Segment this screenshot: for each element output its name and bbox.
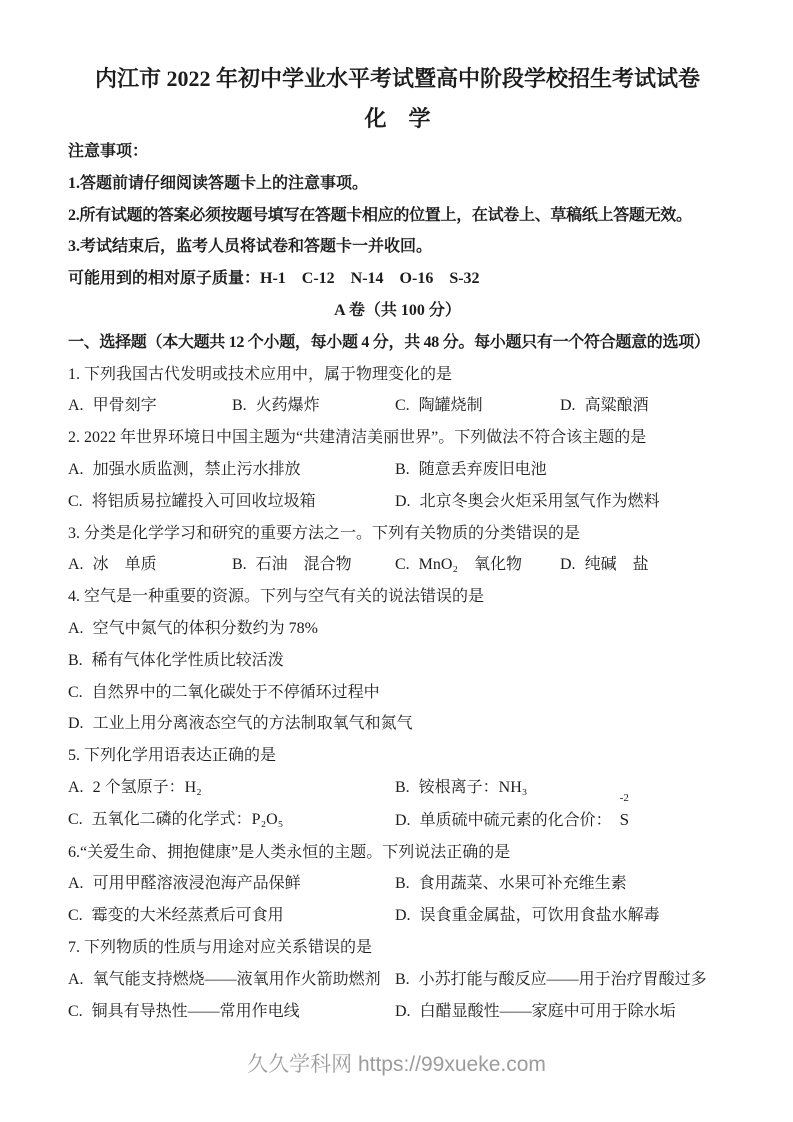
option-7-b: B.小苏打能与酸反应——用于治疗胃酸过多 [395, 964, 727, 996]
question-6-options: A.可用甲醛溶液浸泡海产品保鲜 B.食用蔬菜、水果可补充维生素 C.霉变的大米经… [68, 868, 727, 932]
question-1-stem: 1. 下列我国古代发明或技术应用中，属于物理变化的是 [68, 359, 727, 391]
option-6-a: A.可用甲醛溶液浸泡海产品保鲜 [68, 868, 395, 900]
option-1-c: C.陶罐烧制 [395, 390, 560, 422]
option-6-d: D.误食重金属盐，可饮用食盐水解毒 [395, 900, 727, 932]
question-7-options: A.氧气能支持燃烧——液氧用作火箭助燃剂 B.小苏打能与酸反应——用于治疗胃酸过… [68, 964, 727, 1028]
option-5-a: A.2 个氢原子：H₂ [68, 772, 395, 804]
question-6-stem: 6.“关爱生命、拥抱健康”是人类永恒的主题。下列说法正确的是 [68, 837, 727, 869]
question-2-stem: 2. 2022 年世界环境日中国主题为“共建清洁美丽世界”。下列做法不符合该主题… [68, 422, 727, 454]
option-4-d: D.工业上用分离液态空气的方法制取氧气和氮气 [68, 708, 727, 740]
question-3-stem: 3. 分类是化学学习和研究的重要方法之一。下列有关物质的分类错误的是 [68, 518, 727, 550]
notice-item-1: 1.答题前请仔细阅读答题卡上的注意事项。 [68, 168, 727, 200]
option-5-c: C.五氧化二磷的化学式：P₂O₅ [68, 804, 395, 837]
part1-heading: 一、选择题（本大题共 12 个小题，每小题 4 分，共 48 分。每小题只有一个… [68, 327, 727, 359]
option-6-c: C.霉变的大米经蒸煮后可食用 [68, 900, 395, 932]
option-7-c: C.铜具有导热性——常用作电线 [68, 996, 395, 1028]
option-4-c: C.自然界中的二氧化碳处于不停循环过程中 [68, 677, 727, 709]
option-1-a: A.甲骨刻字 [68, 390, 232, 422]
question-2-options: A.加强水质监测，禁止污水排放 B.随意丢弃废旧电池 C.将铝质易拉罐投入可回收… [68, 454, 727, 518]
option-3-b: B.石油 混合物 [232, 549, 395, 581]
question-4-stem: 4. 空气是一种重要的资源。下列与空气有关的说法错误的是 [68, 581, 727, 613]
question-3-options: A.冰 单质 B.石油 混合物 C.MnO₂ 氧化物 D.纯碱 盐 [68, 549, 727, 581]
option-2-b: B.随意丢弃废旧电池 [395, 454, 727, 486]
option-1-d: D.高粱酿酒 [560, 390, 727, 422]
subject-title: 化 学 [68, 102, 727, 136]
notice-item-3: 3.考试结束后，监考人员将试卷和答题卡一并收回。 [68, 231, 727, 263]
option-2-d: D.北京冬奥会火炬采用氢气作为燃料 [395, 486, 727, 518]
option-5-b: B.铵根离子：NH₃ [395, 772, 727, 804]
question-5-options: A.2 个氢原子：H₂ B.铵根离子：NH₃ C.五氧化二磷的化学式：P₂O₅ … [68, 772, 727, 837]
option-6-b: B.食用蔬菜、水果可补充维生素 [395, 868, 727, 900]
notice-item-2: 2.所有试题的答案必须按题号填写在答题卡相应的位置上，在试卷上、草稿纸上答题无效… [68, 200, 727, 232]
page-title: 内江市 2022 年初中学业水平考试暨高中阶段学校招生考试试卷 [68, 62, 727, 96]
question-1-options: A.甲骨刻字 B.火药爆炸 C.陶罐烧制 D.高粱酿酒 [68, 390, 727, 422]
option-3-a: A.冰 单质 [68, 549, 232, 581]
option-5-d: D.单质硫中硫元素的化合价：-2S [395, 804, 727, 837]
option-4-b: B.稀有气体化学性质比较活泼 [68, 645, 727, 677]
option-3-d: D.纯碱 盐 [560, 549, 727, 581]
option-2-c: C.将铝质易拉罐投入可回收垃圾箱 [68, 486, 395, 518]
valence-notation: -2S [620, 804, 629, 837]
question-4-options: A.空气中氮气的体积分数约为 78% B.稀有气体化学性质比较活泼 C.自然界中… [68, 613, 727, 740]
option-7-d: D.白醋显酸性——家庭中可用于除水垢 [395, 996, 727, 1028]
option-4-a: A.空气中氮气的体积分数约为 78% [68, 613, 727, 645]
notice-heading: 注意事项： [68, 136, 727, 168]
exam-page: 内江市 2022 年初中学业水平考试暨高中阶段学校招生考试试卷 化 学 注意事项… [0, 0, 793, 1027]
atomic-mass-line: 可能用到的相对原子质量：H-1 C-12 N-14 O-16 S-32 [68, 263, 727, 295]
section-a-title: A 卷（共 100 分） [68, 295, 727, 327]
option-2-a: A.加强水质监测，禁止污水排放 [68, 454, 395, 486]
option-1-b: B.火药爆炸 [232, 390, 395, 422]
watermark: 久久学科网 https://99xueke.com [0, 1048, 793, 1078]
question-5-stem: 5. 下列化学用语表达正确的是 [68, 740, 727, 772]
question-7-stem: 7. 下列物质的性质与用途对应关系错误的是 [68, 932, 727, 964]
option-3-c: C.MnO₂ 氧化物 [395, 549, 560, 581]
option-7-a: A.氧气能支持燃烧——液氧用作火箭助燃剂 [68, 964, 395, 996]
